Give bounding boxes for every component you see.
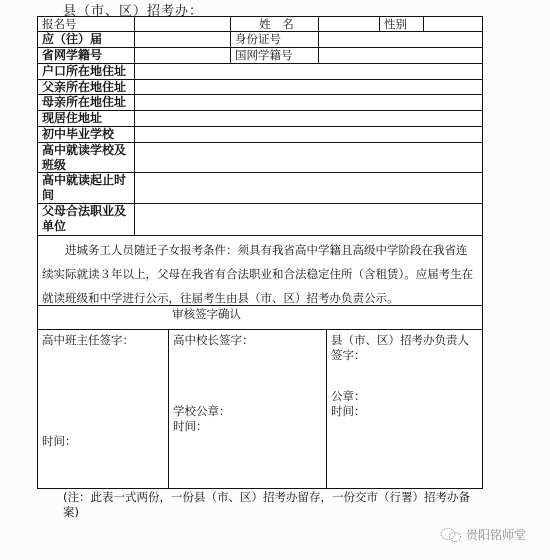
footnote: (注：此表一式两份，一份县（市、区）招考办留存，一份交市（行署）招考办备案) (63, 490, 483, 520)
head-teacher-sign-label: 高中班主任签字： (42, 333, 164, 348)
signature-exam-office[interactable]: 县（市、区）招考办负责人签字： 公章： 时间： (326, 329, 483, 489)
label-provincial-student-id: 省网学籍号 (37, 47, 135, 64)
label-name: 姓 名 (230, 16, 319, 32)
label-id-number: 身份证号 (230, 31, 319, 48)
label-national-student-id: 国网学籍号 (230, 47, 319, 64)
label-household-address: 户口所在地住址 (37, 63, 135, 80)
input-registration-number[interactable] (134, 16, 231, 32)
signature-principal[interactable]: 高中校长签字： 学校公章： 时间： (168, 329, 327, 489)
office-seal-label: 公章： (331, 389, 366, 404)
eligibility-conditions: 进城务工人员随迁子女报考条件：须具有我省高中学籍且高级中学阶段在我省连续实际就读… (37, 235, 483, 306)
label-parent-occupation: 父母合法职业及单位 (37, 203, 135, 236)
school-seal-label: 学校公章： (173, 404, 231, 419)
label-current-address: 现居住地址 (37, 110, 135, 127)
review-header: 审核签字确认 (37, 305, 483, 330)
input-graduation-status[interactable] (134, 31, 231, 48)
label-registration-number: 报名号 (37, 16, 135, 32)
label-study-period: 高中就读起止时间 (37, 172, 135, 204)
input-middle-school[interactable] (134, 126, 483, 143)
head-teacher-time-label: 时间： (42, 434, 77, 449)
office-time-label: 时间： (331, 404, 366, 419)
input-household-address[interactable] (134, 63, 483, 80)
watermark: 贵阳铭师堂 (440, 526, 526, 543)
input-provincial-student-id[interactable] (134, 47, 231, 64)
label-high-school-class: 高中就读学校及班级 (37, 142, 135, 173)
input-id-number[interactable] (318, 31, 483, 48)
label-gender: 性别 (379, 16, 424, 32)
principal-sign-label: 高中校长签字： (173, 333, 322, 348)
input-gender[interactable] (423, 16, 483, 32)
input-high-school-class[interactable] (134, 142, 483, 173)
principal-time-label: 时间： (173, 419, 208, 434)
input-current-address[interactable] (134, 110, 483, 127)
wechat-icon (440, 527, 462, 543)
label-graduation-status: 应（往）届 (37, 31, 135, 48)
input-name[interactable] (318, 16, 380, 32)
label-middle-school: 初中毕业学校 (37, 126, 135, 143)
exam-office-sign-label: 县（市、区）招考办负责人签字： (331, 333, 478, 363)
signature-head-teacher[interactable]: 高中班主任签字： 时间： (37, 329, 169, 489)
label-father-address: 父亲所在地住址 (37, 79, 135, 95)
input-parent-occupation[interactable] (134, 203, 483, 236)
watermark-text: 贵阳铭师堂 (466, 526, 526, 543)
input-father-address[interactable] (134, 79, 483, 95)
input-mother-address[interactable] (134, 94, 483, 111)
input-study-period[interactable] (134, 172, 483, 204)
input-national-student-id[interactable] (318, 47, 483, 64)
label-mother-address: 母亲所在地住址 (37, 94, 135, 111)
